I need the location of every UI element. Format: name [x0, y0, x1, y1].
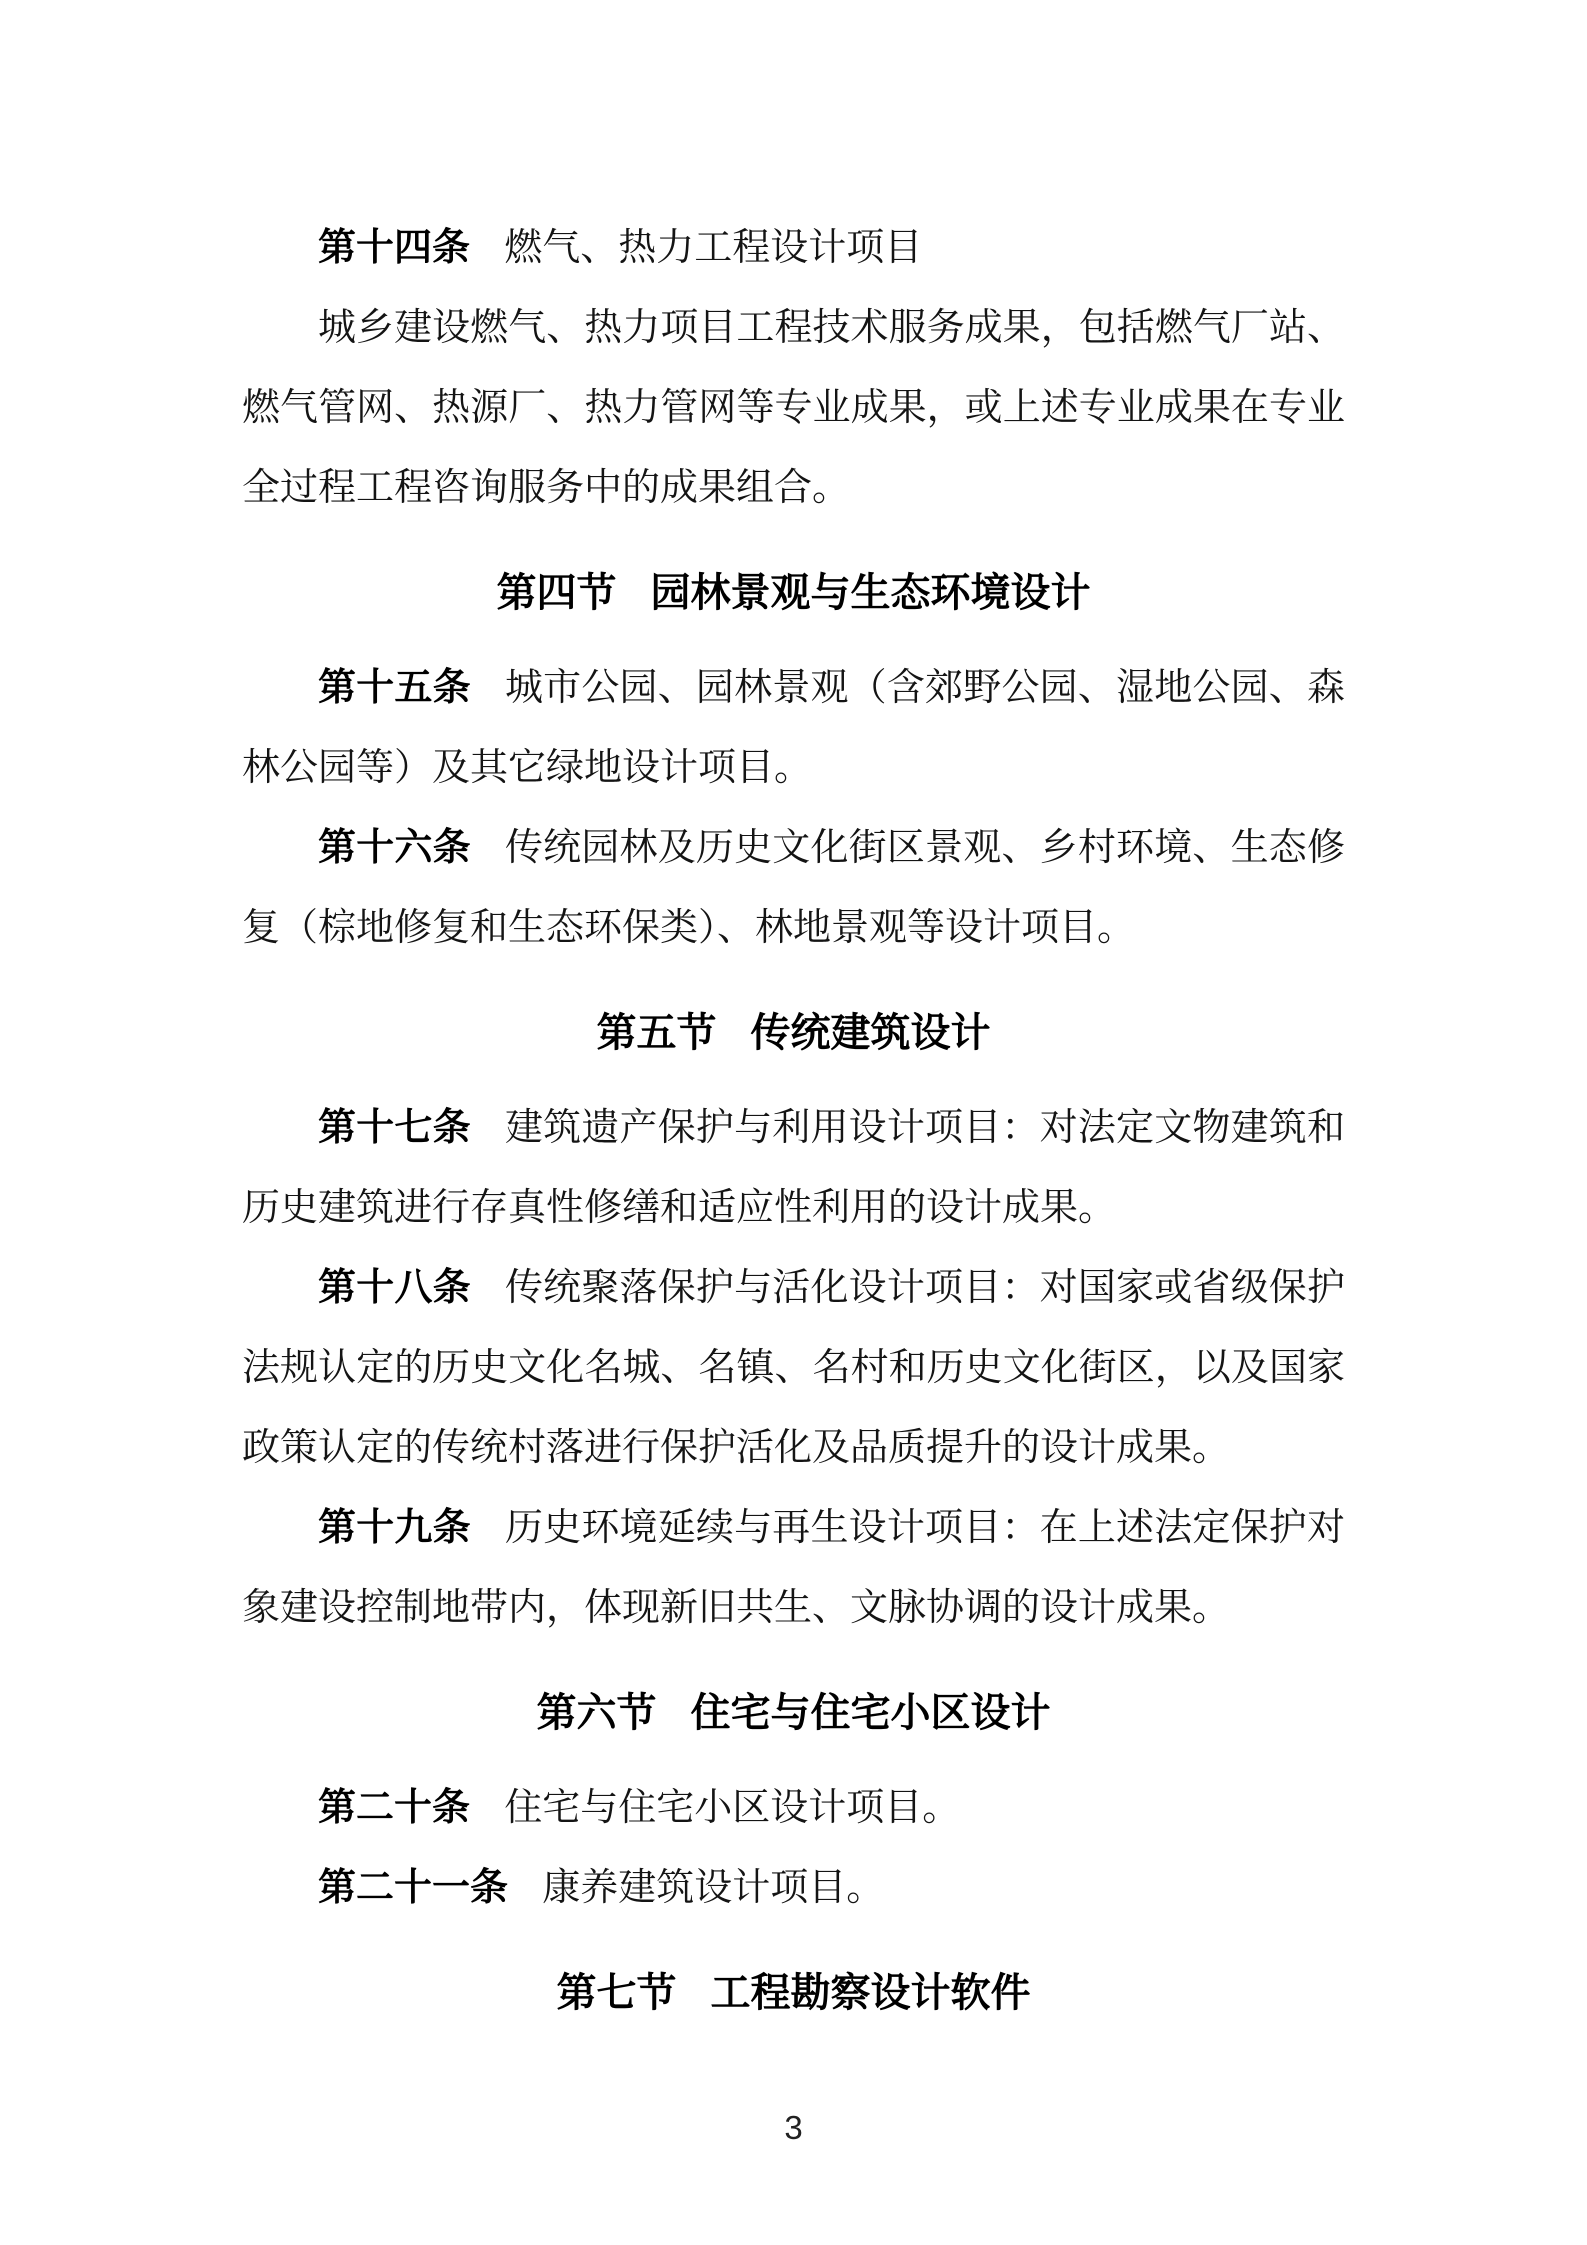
article-number: 第二十条 [318, 1787, 470, 1829]
article-number: 第十九条 [318, 1507, 471, 1549]
paragraph-text: 城乡建设燃气、热力项目工程技术服务成果，包括燃气厂站、燃气管网、热源厂、热力管网… [242, 307, 1345, 509]
article-text: 住宅与住宅小区设计项目。 [504, 1787, 960, 1829]
section-heading: 第五节传统建筑设计 [242, 993, 1345, 1073]
article-paragraph: 第十八条传统聚落保护与活化设计项目：对国家或省级保护法规认定的历史文化名城、名镇… [242, 1248, 1345, 1488]
article-paragraph: 第十七条建筑遗产保护与利用设计项目：对法定文物建筑和历史建筑进行存真性修缮和适应… [242, 1088, 1345, 1248]
section-number: 第六节 [537, 1691, 657, 1735]
section-number: 第四节 [497, 571, 617, 615]
section-title: 住宅与住宅小区设计 [691, 1691, 1051, 1735]
document-page: 第十四条燃气、热力工程设计项目 城乡建设燃气、热力项目工程技术服务成果，包括燃气… [0, 0, 1587, 2245]
page-number: 3 [0, 2108, 1587, 2148]
article-paragraph: 第二十一条康养建筑设计项目。 [242, 1848, 1345, 1928]
article-paragraph: 第十九条历史环境延续与再生设计项目：在上述法定保护对象建设控制地带内，体现新旧共… [242, 1488, 1345, 1648]
article-paragraph: 第二十条住宅与住宅小区设计项目。 [242, 1768, 1345, 1848]
section-number: 第七节 [557, 1971, 677, 2015]
article-number: 第十六条 [318, 827, 471, 869]
article-paragraph: 第十五条城市公园、园林景观（含郊野公园、湿地公园、森林公园等）及其它绿地设计项目… [242, 648, 1345, 808]
section-heading: 第四节园林景观与生态环境设计 [242, 553, 1345, 633]
section-number: 第五节 [597, 1011, 717, 1055]
body-paragraph: 城乡建设燃气、热力项目工程技术服务成果，包括燃气厂站、燃气管网、热源厂、热力管网… [242, 288, 1345, 528]
document-body: 第十四条燃气、热力工程设计项目 城乡建设燃气、热力项目工程技术服务成果，包括燃气… [242, 208, 1345, 2048]
article-paragraph: 第十六条传统园林及历史文化街区景观、乡村环境、生态修复（棕地修复和生态环保类）、… [242, 808, 1345, 968]
section-title: 传统建筑设计 [751, 1011, 991, 1055]
article-text: 燃气、热力工程设计项目 [504, 227, 922, 269]
article-number: 第十八条 [318, 1267, 471, 1309]
article-number: 第十七条 [318, 1107, 471, 1149]
section-title: 园林景观与生态环境设计 [651, 571, 1091, 615]
article-paragraph: 第十四条燃气、热力工程设计项目 [242, 208, 1345, 288]
article-number: 第十五条 [318, 667, 471, 709]
section-heading: 第七节工程勘察设计软件 [242, 1953, 1345, 2033]
section-title: 工程勘察设计软件 [711, 1971, 1031, 2015]
article-number: 第二十一条 [318, 1867, 508, 1909]
article-text: 康养建筑设计项目。 [542, 1867, 884, 1909]
article-number: 第十四条 [318, 227, 470, 269]
section-heading: 第六节住宅与住宅小区设计 [242, 1673, 1345, 1753]
